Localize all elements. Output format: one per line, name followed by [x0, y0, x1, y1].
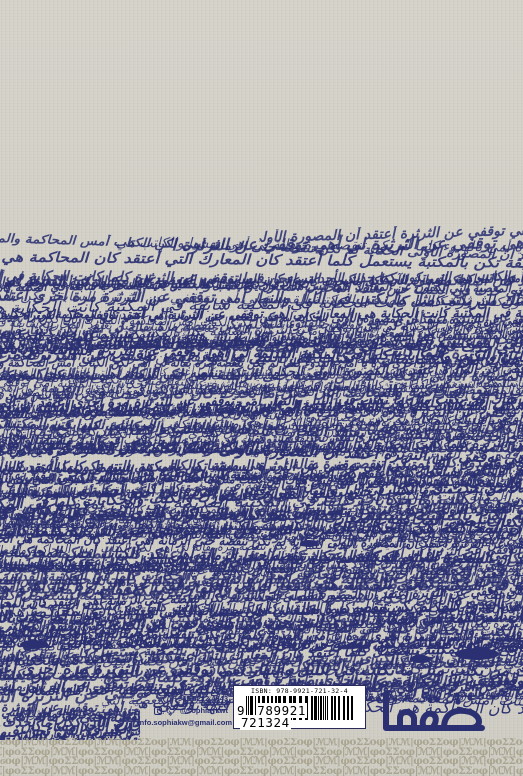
twitter-icon: 🐦︎ [165, 707, 176, 715]
phone-number: +965 5222 4643 [174, 693, 228, 705]
handwritten-text-area: لي أهي توقفي عن الثرثرة أعتقد أن المصورة… [0, 0, 523, 740]
isbn-barcode: ISBN: 978-9921-721-32-4 9 789921 721324 [233, 685, 366, 729]
phone-row: +965 5222 4643 [128, 693, 228, 705]
email-row: info.sophiakw@gmail.com [128, 717, 232, 729]
book-back-cover: لي أهي توقفي عن الثرثرة أعتقد أن المصورة… [0, 0, 523, 776]
isbn-label: ISBN: 978-9921-721-32-4 [234, 687, 365, 695]
email-address: info.sophiakw@gmail.com [138, 717, 232, 729]
ink-blot [20, 640, 48, 649]
decorative-footer-pattern: ϭoφ|ℳℳ|φoƩƩoφ|ℳℳ|φoƩƩoφ|ℳℳ|φoƩƩoφ|ℳℳ|φoƩ… [0, 738, 523, 776]
publisher-logo: صوفيا [378, 690, 490, 736]
ink-blot [455, 648, 499, 660]
logo-text: صوفيا [378, 690, 381, 691]
social-row: 🐦︎ @sophia_kwt [128, 705, 228, 717]
whatsapp-icon [163, 695, 171, 703]
social-handle: @sophia_kwt [180, 705, 228, 717]
publisher-contact-info: +965 5222 4643 🐦︎ @sophia_kwt info.sophi… [128, 693, 228, 729]
ink-blot [300, 540, 318, 547]
instagram-icon [154, 707, 162, 715]
barcode-digits: 9 789921 721324 [237, 705, 362, 729]
ink-blot [410, 655, 430, 663]
